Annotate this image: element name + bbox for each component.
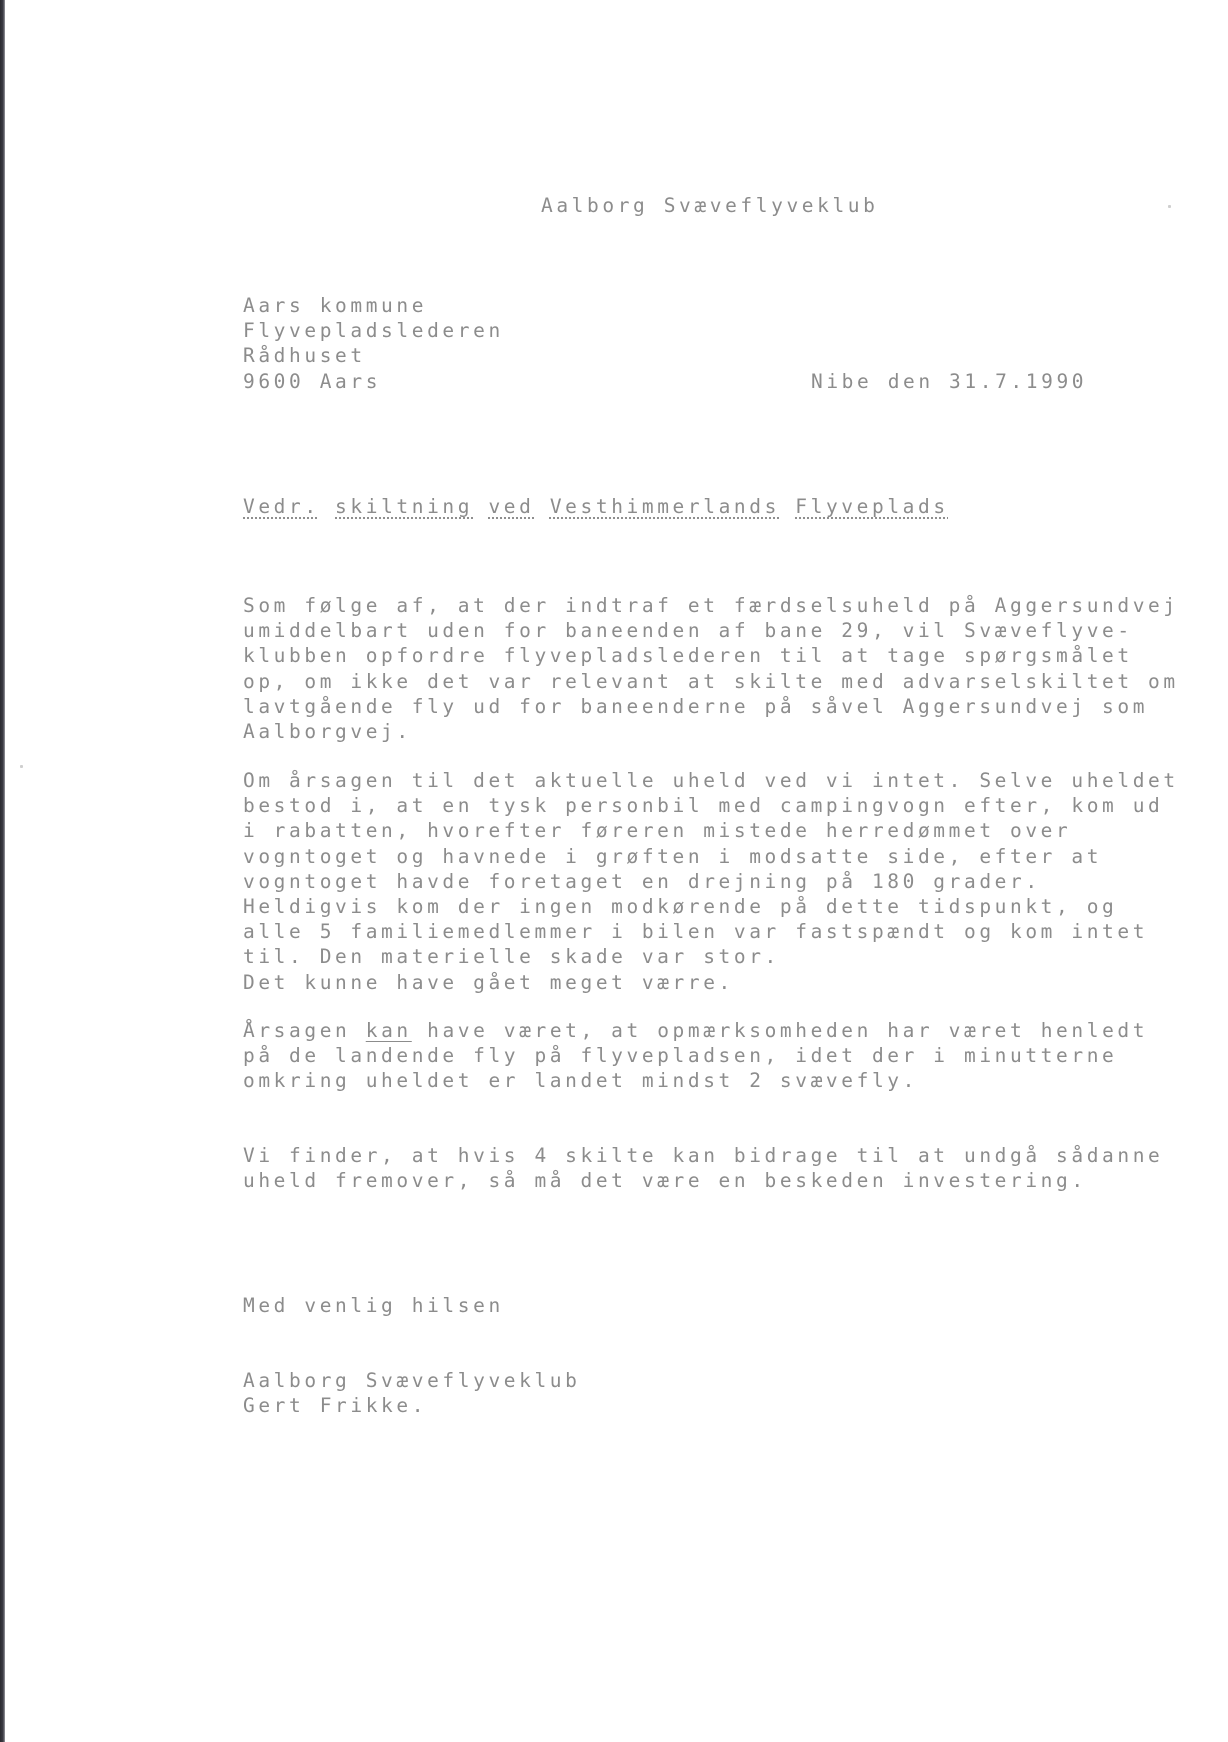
- text-line: Det kunne have gået meget værre.: [243, 970, 1179, 995]
- letterhead: Aalborg Svæveflyveklub: [541, 193, 878, 218]
- scan-speck: [1168, 205, 1171, 208]
- recipient-line-2: Flyvepladslederen: [243, 318, 504, 343]
- recipient-line-1: Aars kommune: [243, 293, 427, 318]
- recipient-line-3: Rådhuset: [243, 343, 366, 368]
- text-line: i rabatten, hvorefter føreren mistede he…: [243, 818, 1179, 843]
- text-line: op, om ikke det var relevant at skilte m…: [243, 669, 1179, 694]
- text-line: klubben opfordre flyvepladslederen til a…: [243, 643, 1179, 668]
- text-line: på de landende fly på flyvepladsen, idet…: [243, 1043, 1148, 1068]
- closing-organization: Aalborg Svæveflyveklub: [243, 1368, 580, 1393]
- text-line: vogntoget havde foretaget en drejning på…: [243, 869, 1179, 894]
- subject-line: Vedr. skiltning ved Vesthimmerlands Flyv…: [243, 494, 949, 519]
- text-line: Som følge af, at der indtraf et færdsels…: [243, 593, 1179, 618]
- text-line: Heldigvis kom der ingen modkørende på de…: [243, 894, 1179, 919]
- recipient-line-4: 9600 Aars: [243, 369, 381, 394]
- text-line: Aalborgvej.: [243, 719, 1179, 744]
- letter-page: Aalborg Svæveflyveklub Aars kommune Flyv…: [0, 0, 1228, 1742]
- text-fragment: have været, at opmærksomheden har været …: [412, 1019, 1148, 1042]
- text-line: lavtgående fly ud for baneenderne på såv…: [243, 694, 1179, 719]
- scan-speck: [20, 765, 23, 768]
- paragraph-3: Årsagen kan have været, at opmærksomhede…: [243, 1018, 1148, 1094]
- subject-word: ved: [488, 495, 534, 518]
- text-fragment: Årsagen: [243, 1019, 366, 1042]
- subject-word: Flyveplads: [795, 495, 948, 518]
- text-line: umiddelbart uden for baneenden af bane 2…: [243, 618, 1179, 643]
- text-line: omkring uheldet er landet mindst 2 svæve…: [243, 1068, 1148, 1093]
- subject-word: Vedr.: [243, 495, 320, 518]
- text-line: bestod i, at en tysk personbil med campi…: [243, 793, 1179, 818]
- closing-signatory: Gert Frikke.: [243, 1393, 427, 1418]
- text-line: Årsagen kan have været, at opmærksomhede…: [243, 1018, 1148, 1043]
- paragraph-1: Som følge af, at der indtraf et færdsels…: [243, 593, 1179, 744]
- emphasized-word: kan: [366, 1019, 412, 1042]
- text-line: alle 5 familiemedlemmer i bilen var fast…: [243, 919, 1179, 944]
- text-line: Vi finder, at hvis 4 skilte kan bidrage …: [243, 1143, 1163, 1168]
- text-line: vogntoget og havnede i grøften i modsatt…: [243, 844, 1179, 869]
- closing-salutation: Med venlig hilsen: [243, 1293, 504, 1318]
- text-line: Om årsagen til det aktuelle uheld ved vi…: [243, 768, 1179, 793]
- text-line: til. Den materielle skade var stor.: [243, 944, 1179, 969]
- subject-word: skiltning: [335, 495, 473, 518]
- text-line: uheld fremover, så må det være en besked…: [243, 1168, 1163, 1193]
- letter-date: Nibe den 31.7.1990: [811, 369, 1087, 394]
- subject-word: Vesthimmerlands: [550, 495, 780, 518]
- paragraph-4: Vi finder, at hvis 4 skilte kan bidrage …: [243, 1143, 1163, 1193]
- paragraph-2: Om årsagen til det aktuelle uheld ved vi…: [243, 768, 1179, 995]
